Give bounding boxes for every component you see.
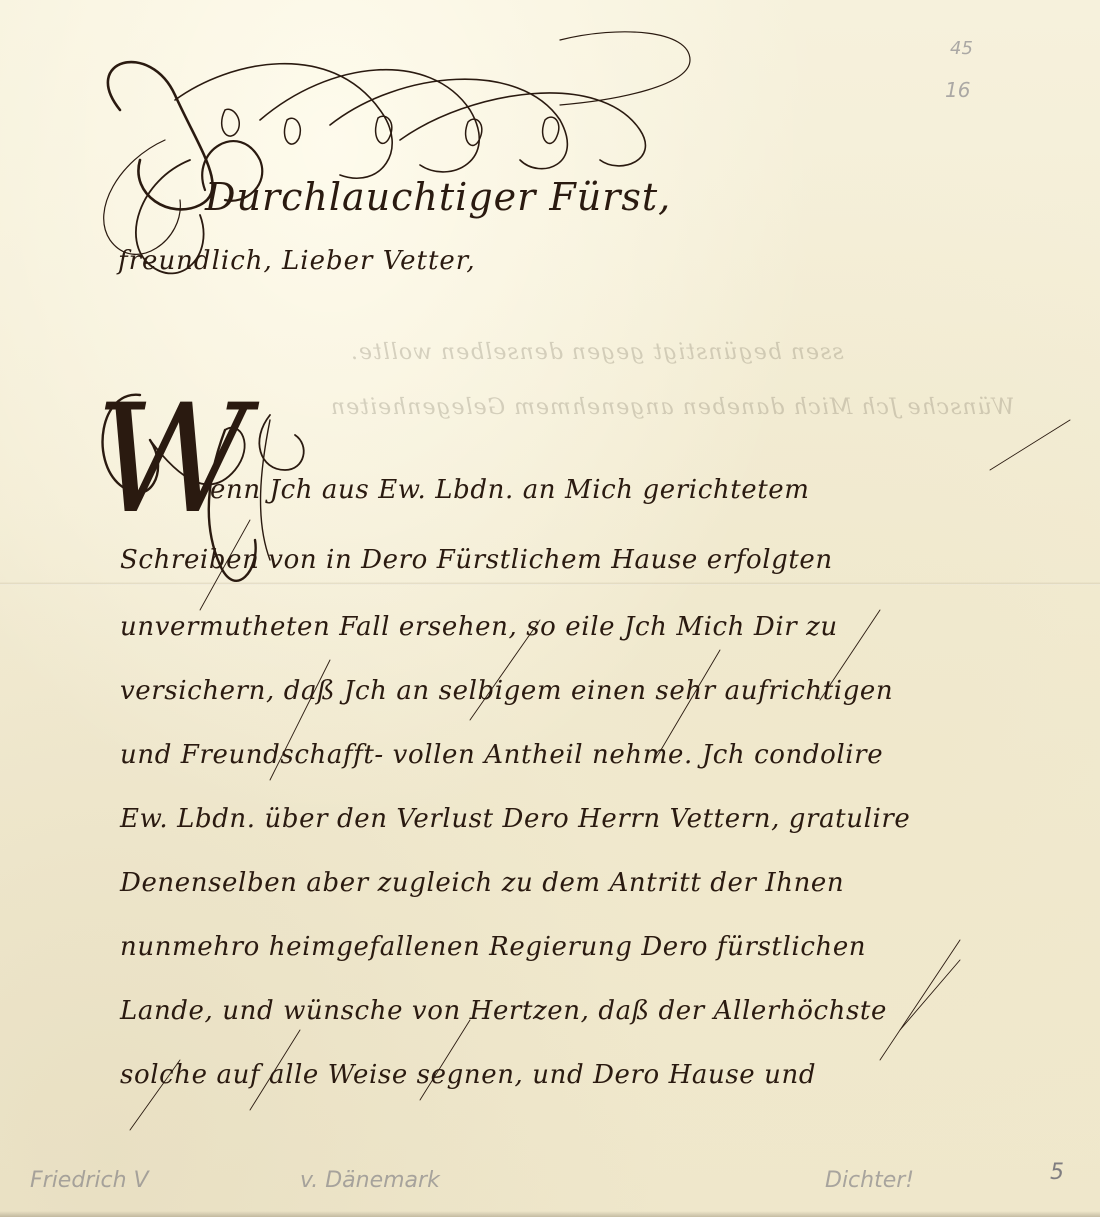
body-line: und Freundschafft- vollen Antheil nehme.… [120, 740, 883, 770]
drop-cap-initial: W [95, 385, 249, 535]
pencil-note-top-right: 45 [950, 38, 973, 59]
body-line: unvermutheten Fall ersehen, so eile Jch … [120, 612, 838, 642]
body-line: solche auf alle Weise segnen, und Dero H… [120, 1060, 816, 1090]
body-line: nunmehro heimgefallenen Regierung Dero f… [120, 932, 866, 962]
pencil-note-bottom-left: Friedrich V [30, 1168, 149, 1193]
pencil-note-top-right: 16 [945, 78, 970, 102]
body-line: Ew. Lbdn. über den Verlust Dero Herrn Ve… [120, 804, 910, 834]
salutation-title: Durchlauchtiger Fürst, [205, 175, 671, 219]
bleed-through-line: Wünsche Jch Mich daneben angenehmem Gele… [330, 395, 1015, 420]
pencil-note-bottom-right: Dichter! [825, 1168, 914, 1193]
body-line: Denenselben aber zugleich zu dem Antritt… [120, 868, 844, 898]
body-line: enn Jch aus Ew. Lbdn. an Mich gerichtete… [210, 475, 810, 505]
body-line: Lande, und wünsche von Hertzen, daß der … [120, 996, 887, 1026]
letter-page: ssen begünstigt gegen denselben wollte. … [0, 0, 1100, 1217]
pencil-note-bottom-middle: v. Dänemark [300, 1168, 440, 1193]
body-line: versichern, daß Jch an selbigem einen se… [120, 676, 893, 706]
page-number: 5 [1050, 1160, 1064, 1185]
salutation-subtitle: freundlich, Lieber Vetter, [118, 246, 476, 276]
body-line: Schreiben von in Dero Fürstlichem Hause … [120, 545, 833, 575]
bleed-through-line: ssen begünstigt gegen denselben wollte. [350, 340, 844, 365]
